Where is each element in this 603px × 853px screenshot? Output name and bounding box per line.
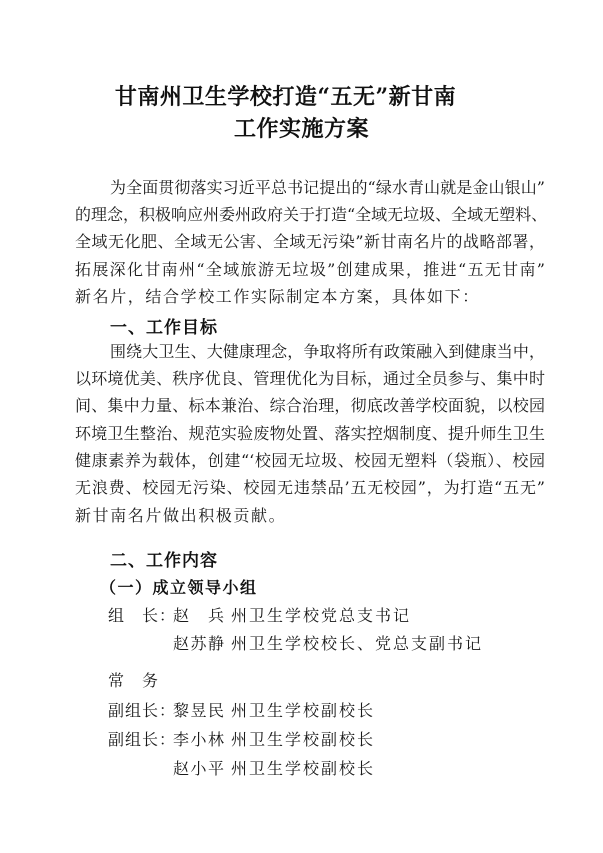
intro-line: 的理念，积极响应州委州政府关于打造“全域无垃圾、全域无塑料、: [75, 205, 545, 225]
member-role: 副组长：: [108, 701, 174, 721]
goals-line: 新甘南名片做出积极贡献。: [75, 506, 545, 526]
member-name: 李小林: [173, 730, 233, 750]
member-title: 州卫生学校副校长: [231, 730, 375, 750]
goals-line: 健康素养为载体，创建“‘校园无垃圾、校园无塑料（袋瓶）、校园: [75, 451, 545, 471]
section-heading-content: 二、工作内容: [110, 546, 218, 571]
goals-line: 以环境优美、秩序优良、管理优化为目标，通过全员参与、集中时: [75, 369, 545, 389]
intro-line: 全域无化肥、全域无公害、全域无污染”新甘南名片的战略部署，: [75, 232, 545, 252]
intro-line: 为全面贯彻落实习近平总书记提出的“绿水青山就是金山银山”: [110, 178, 545, 198]
intro-line: 拓展深化甘南州“全域旅游无垃圾”创建成果，推进“五无甘南”: [75, 260, 545, 280]
member-role: 常 务: [108, 671, 174, 691]
member-title: 州卫生学校副校长: [231, 759, 375, 779]
member-name: 赵小平: [173, 759, 233, 779]
member-role: 组 长：: [108, 606, 174, 626]
goals-line: 环境卫生整治、规范实验废物处置、落实控烟制度、提升师生卫生: [75, 424, 545, 444]
subsection-heading-leadership: （一）成立领导小组: [100, 575, 258, 598]
document-title-line-1: 甘南州卫生学校打造“五无”新甘南: [0, 80, 587, 111]
member-title: 州卫生学校校长、党总支副书记: [231, 634, 483, 654]
member-role: 副组长：: [108, 730, 174, 750]
member-title: 州卫生学校党总支书记: [231, 606, 411, 626]
member-name: 赵苏静: [173, 634, 233, 654]
document-title-line-2: 工作实施方案: [0, 112, 603, 143]
intro-line: 新名片，结合学校工作实际制定本方案，具体如下：: [75, 287, 545, 307]
goals-line: 间、集中力量、标本兼治、综合治理，彻底改善学校面貌，以校园: [75, 396, 545, 416]
document-page: 甘南州卫生学校打造“五无”新甘南 工作实施方案 为全面贯彻落实习近平总书记提出的…: [0, 0, 603, 853]
section-heading-goals: 一、工作目标: [110, 313, 218, 338]
member-name: 赵 兵: [173, 606, 233, 626]
member-name: 黎昱民: [173, 701, 233, 721]
goals-line: 无浪费、校园无污染、校园无违禁品’五无校园”，为打造“五无”: [75, 478, 545, 498]
goals-line: 围绕大卫生、大健康理念，争取将所有政策融入到健康当中，: [110, 342, 545, 362]
member-title: 州卫生学校副校长: [231, 701, 375, 721]
